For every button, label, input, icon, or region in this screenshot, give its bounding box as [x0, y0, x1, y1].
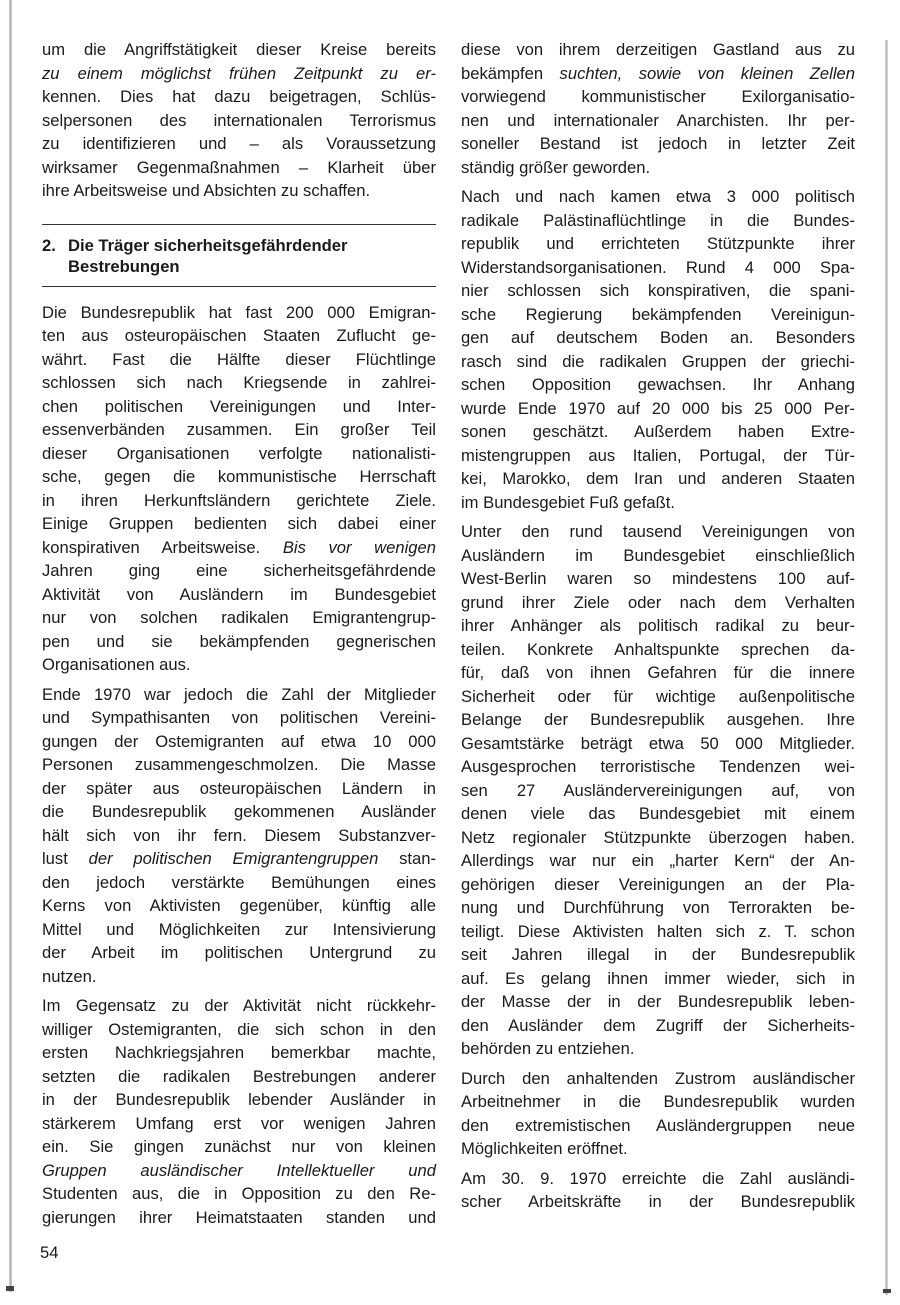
text-line: pen und sie bekämpfenden gegnerischen [42, 630, 436, 654]
text-line: Am 30. 9. 1970 erreichte die Zahl auslän… [461, 1167, 855, 1191]
paragraph: Nach und nach kamen etwa 3 000 politisch… [461, 185, 855, 514]
text-line: diese von ihrem derzeitigen Gastland aus… [461, 38, 855, 62]
text-line: Sicherheit oder für wichtige außenpoliti… [461, 685, 855, 709]
left-column: um die Angriffstätigkeit dieser Kreise b… [42, 38, 436, 1235]
paragraph: Im Gegensatz zu der Aktivität nicht rück… [42, 994, 436, 1229]
text-line: ten aus osteuropäischen Staaten Zuflucht… [42, 324, 436, 348]
heading-rule-top [42, 224, 436, 225]
paragraph: Unter den rund tausend Vereinigungen von… [461, 520, 855, 1061]
text-line: Nach und nach kamen etwa 3 000 politisch [461, 185, 855, 209]
text-line: gungen der Ostemigranten auf etwa 10 000 [42, 730, 436, 754]
heading-rule-bottom [42, 286, 436, 287]
text-line: Arbeitnehmer in die Bundesrepublik wurde… [461, 1090, 855, 1114]
text-line: Personen zusammengeschmolzen. Die Masse [42, 753, 436, 777]
text-line: Mittel und Möglichkeiten zur Intensivier… [42, 918, 436, 942]
text-line: ersten Nachkriegsjahren bemerkbar machte… [42, 1041, 436, 1065]
section-heading: 2. Die Träger sicherheitsgefährdender Be… [42, 235, 436, 277]
text-line: grund ihrer Ziele oder nach dem Verhalte… [461, 591, 855, 615]
section-number: 2. [42, 235, 68, 277]
text-line: wirksamer Gegenmaßnahmen – Klarheit über [42, 156, 436, 180]
text-line: selpersonen des internationalen Terroris… [42, 109, 436, 133]
text-line: auf. Es gelang ihnen immer wieder, sich … [461, 967, 855, 991]
text-line: Widerstandsorganisationen. Rund 4 000 Sp… [461, 256, 855, 280]
paragraph: diese von ihrem derzeitigen Gastland aus… [461, 38, 855, 179]
paragraph: Die Bundesrepublik hat fast 200 000 Emig… [42, 301, 436, 677]
paragraph: Ende 1970 war jedoch die Zahl der Mitgli… [42, 683, 436, 989]
text-line: ihrer Anhänger als politisch radikal zu … [461, 614, 855, 638]
page-edge-right [885, 40, 888, 1295]
text-line: teiligt. Diese Aktivisten halten sich z.… [461, 920, 855, 944]
text-line: sen 27 Ausländervereinigungen auf, von [461, 779, 855, 803]
text-line: scher Arbeitskräfte in der Bundesrepubli… [461, 1190, 855, 1214]
text-line: gen auf deutschem Boden an. Besonders [461, 326, 855, 350]
text-line: zu einem möglichst frühen Zeitpunkt zu e… [42, 62, 436, 86]
text-line: nen und internationaler Anarchisten. Ihr… [461, 109, 855, 133]
text-line: Gruppen ausländischer Intellektueller un… [42, 1159, 436, 1183]
text-line: seit Jahren illegal in der Bundesrepubli… [461, 943, 855, 967]
text-line: gierungen ihrer Heimatstaaten standen un… [42, 1206, 436, 1230]
text-line: Kerns von Aktivisten gegenüber, künftig … [42, 894, 436, 918]
text-line: Allerdings war nur ein „harter Kern“ der… [461, 849, 855, 873]
text-line: Ausländern im Bundesgebiet einschließlic… [461, 544, 855, 568]
intro-paragraph: um die Angriffstätigkeit dieser Kreise b… [42, 38, 436, 203]
section-title-line-1: Die Träger sicherheitsgefährdender [68, 235, 347, 256]
text-line: wurde Ende 1970 auf 20 000 bis 25 000 Pe… [461, 397, 855, 421]
page-edge-mark-left [6, 1286, 14, 1291]
text-line: konspirativen Arbeitsweise. Bis vor weni… [42, 536, 436, 560]
text-line: radikale Palästinaflüchtlinge in die Bun… [461, 209, 855, 233]
text-line: sche, gegen die kommunistische Herrschaf… [42, 465, 436, 489]
text-line: Einige Gruppen bedienten sich dabei eine… [42, 512, 436, 536]
text-line: Im Gegensatz zu der Aktivität nicht rück… [42, 994, 436, 1018]
text-line: der später aus osteuropäischen Ländern i… [42, 777, 436, 801]
paragraph: Durch den anhaltenden Zustrom ausländisc… [461, 1067, 855, 1161]
text-line: bekämpfen suchten, sowie von kleinen Zel… [461, 62, 855, 86]
text-line: Belange der Bundesrepublik ausgehen. Ihr… [461, 708, 855, 732]
text-line: schen Opposition gewachsen. Ihr Anhang [461, 373, 855, 397]
text-line: chen politischen Vereinigungen und Inter… [42, 395, 436, 419]
text-line: in ihren Herkunftsländern gerichtete Zie… [42, 489, 436, 513]
text-line: stärkerem Umfang erst vor wenigen Jahren [42, 1112, 436, 1136]
text-line: Ende 1970 war jedoch die Zahl der Mitgli… [42, 683, 436, 707]
text-line: nier schlossen sich konspirativen, die s… [461, 279, 855, 303]
page-binding-edge-left [9, 0, 12, 1292]
text-line: soneller Bestand ist jedoch in letzter Z… [461, 132, 855, 156]
text-line: den jedoch verstärkte Bemühungen eines [42, 871, 436, 895]
text-line: denen viele das Bundesgebiet mit einem [461, 802, 855, 826]
text-line: mistengruppen aus Italien, Portugal, der… [461, 444, 855, 468]
text-line: kennen. Dies hat dazu beigetragen, Schlü… [42, 85, 436, 109]
text-line: williger Ostemigranten, die sich schon i… [42, 1018, 436, 1042]
text-line: in der Bundesrepublik lebender Ausländer… [42, 1088, 436, 1112]
text-line: im Bundesgebiet Fuß gefaßt. [461, 491, 855, 515]
page-number: 54 [40, 1243, 58, 1263]
text-line: währt. Fast die Hälfte dieser Flüchtling… [42, 348, 436, 372]
text-line: der Masse der in der Bundesrepublik lebe… [461, 990, 855, 1014]
text-line: West-Berlin waren so mindestens 100 auf- [461, 567, 855, 591]
text-line: behörden zu entziehen. [461, 1037, 855, 1061]
text-line: die Bundesrepublik gekommenen Ausländer [42, 800, 436, 824]
text-line: rasch sind die radikalen Gruppen der gri… [461, 350, 855, 374]
page-edge-mark-right [883, 1289, 891, 1293]
text-line: ständig größer geworden. [461, 156, 855, 180]
text-line: lust der politischen Emigrantengruppen s… [42, 847, 436, 871]
text-line: den Ausländer dem Zugriff der Sicherheit… [461, 1014, 855, 1038]
text-line: Durch den anhaltenden Zustrom ausländisc… [461, 1067, 855, 1091]
text-line: um die Angriffstätigkeit dieser Kreise b… [42, 38, 436, 62]
right-column: diese von ihrem derzeitigen Gastland aus… [461, 38, 855, 1220]
text-line: setzten die radikalen Bestrebungen ander… [42, 1065, 436, 1089]
text-line: der Arbeit im politischen Untergrund zu [42, 941, 436, 965]
text-line: gehörigen dieser Vereinigungen an der Pl… [461, 873, 855, 897]
text-line: zu identifizieren und – als Voraussetzun… [42, 132, 436, 156]
text-line: Unter den rund tausend Vereinigungen von [461, 520, 855, 544]
text-line: vorwiegend kommunistischer Exilorganisat… [461, 85, 855, 109]
text-line: essenverbänden zusammen. Ein großer Teil [42, 418, 436, 442]
text-line: Die Bundesrepublik hat fast 200 000 Emig… [42, 301, 436, 325]
text-line: nung und Durchführung von Terrorakten be… [461, 896, 855, 920]
text-line: für, daß von ihnen Gefahren für die inne… [461, 661, 855, 685]
text-line: Organisationen aus. [42, 653, 436, 677]
text-line: Ausgesprochen terroristische Tendenzen w… [461, 755, 855, 779]
text-line: Netz regionaler Stützpunkte überzogen ha… [461, 826, 855, 850]
text-line: Gesamtstärke beträgt etwa 50 000 Mitglie… [461, 732, 855, 756]
text-line: den extremistischen Ausländergruppen neu… [461, 1114, 855, 1138]
text-line: sonen geschätzt. Außerdem haben Extre- [461, 420, 855, 444]
text-line: Aktivität von Ausländern im Bundesgebiet [42, 583, 436, 607]
section-heading-block: 2. Die Träger sicherheitsgefährdender Be… [42, 224, 436, 287]
text-line: nur von solchen radikalen Emigrantengrup… [42, 606, 436, 630]
text-line: sche Regierung bekämpfenden Vereinigun- [461, 303, 855, 327]
text-line: republik und errichteten Stützpunkte ihr… [461, 232, 855, 256]
text-line: ihre Arbeitsweise und Absichten zu schaf… [42, 179, 436, 203]
text-line: nutzen. [42, 965, 436, 989]
text-line: kei, Marokko, dem Iran und anderen Staat… [461, 467, 855, 491]
text-line: ein. Sie gingen zunächst nur von kleinen [42, 1135, 436, 1159]
section-title-line-2: Bestrebungen [68, 256, 347, 277]
text-line: Studenten aus, die in Opposition zu den … [42, 1182, 436, 1206]
text-line: teilen. Konkrete Anhaltspunkte sprechen … [461, 638, 855, 662]
text-line: Jahren ging eine sicherheitsgefährdende [42, 559, 436, 583]
paragraph: Am 30. 9. 1970 erreichte die Zahl auslän… [461, 1167, 855, 1214]
text-line: Möglichkeiten eröffnet. [461, 1137, 855, 1161]
text-line: hält sich von ihr fern. Diesem Substanzv… [42, 824, 436, 848]
text-line: schlossen sich nach Kriegsende in zahlre… [42, 371, 436, 395]
text-line: und Sympathisanten von politischen Verei… [42, 706, 436, 730]
text-line: dieser Organisationen verfolgte national… [42, 442, 436, 466]
